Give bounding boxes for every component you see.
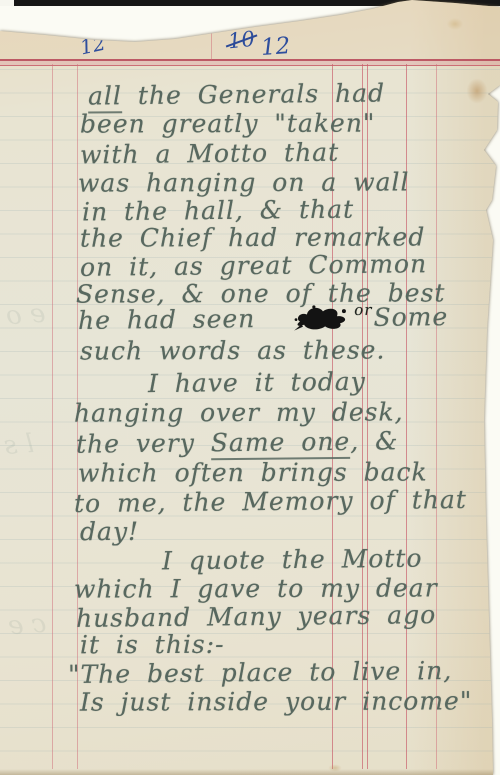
interlinear-correction: or <box>354 301 372 319</box>
manuscript-line: was hanging on a wall <box>78 167 410 197</box>
paper-bottom-edge <box>0 769 500 775</box>
scanned-page: e o l s c e 12 10 12 all the Generals ha… <box>0 0 500 775</box>
manuscript-line: in the hall, & that <box>82 195 354 227</box>
paper-stain <box>463 74 491 108</box>
manuscript-line: such words as these. <box>80 335 385 365</box>
paper-sheet: e o l s c e 12 10 12 all the Generals ha… <box>0 0 500 775</box>
manuscript-line: it is this:- <box>80 630 225 660</box>
manuscript-line: the very Same one, & <box>76 426 399 458</box>
manuscript-line: with a Motto that <box>80 138 339 170</box>
ink-showthrough: e o <box>5 299 46 332</box>
struck-page-number: 10 <box>227 27 256 54</box>
header-double-rule <box>0 59 500 66</box>
vertical-rule-stub <box>211 32 212 60</box>
manuscript-line: husband Many years ago <box>76 600 436 633</box>
ink-showthrough: c e <box>7 609 47 642</box>
manuscript-line: been greatly "taken" <box>80 108 376 138</box>
manuscript-line: he had seenorSome <box>78 302 449 335</box>
manuscript-line: I quote the Motto <box>162 544 423 576</box>
ink-blot <box>293 304 351 332</box>
ink-showthrough: l s <box>3 429 35 461</box>
manuscript-line: which often brings back <box>78 457 428 487</box>
manuscript-line: the Chief had remarked <box>80 222 425 252</box>
manuscript-line: I have it today <box>148 367 366 398</box>
manuscript-line: day! <box>80 517 139 546</box>
paper-sheet-wrap: e o l s c e 12 10 12 all the Generals ha… <box>0 0 500 775</box>
manuscript-line: to me, the Memory of that <box>74 485 467 518</box>
manuscript-line: hanging over my desk, <box>74 397 404 427</box>
manuscript-line: all the Generals had <box>88 78 385 110</box>
underlined-words: Same one <box>211 427 351 460</box>
vertical-rule <box>52 64 53 769</box>
paper-stain <box>444 16 466 32</box>
page-number: 12 <box>260 33 291 61</box>
manuscript-line: on it, as great Common <box>80 249 427 282</box>
manuscript-line: which I gave to my dear <box>74 573 438 603</box>
manuscript-line: Is just inside your income" <box>80 686 472 716</box>
manuscript-line: "The best place to live in, <box>68 656 453 689</box>
